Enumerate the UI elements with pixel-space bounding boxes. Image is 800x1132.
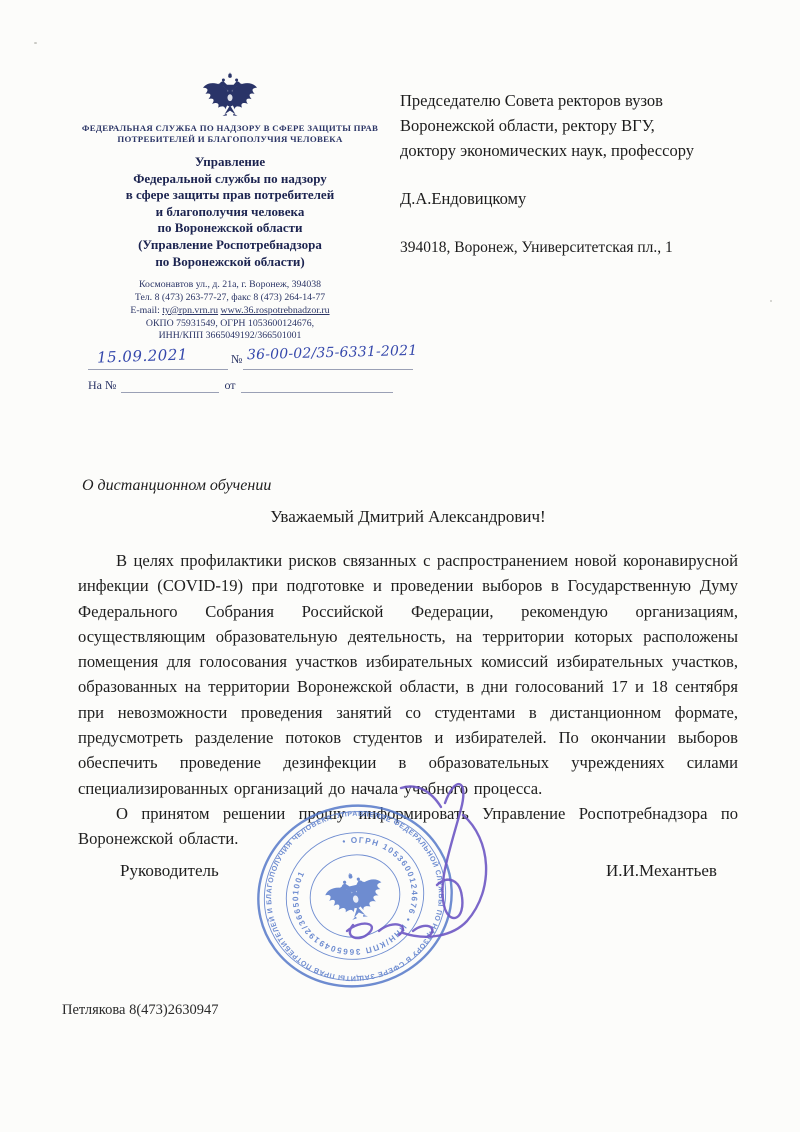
ref-number-handwritten: 36-00-02/35-6331-2021 [247,343,418,363]
okpo-ogrn-line: ОКПО 75931549, ОГРН 1053600124676, [58,318,402,331]
org-line: Управление [58,154,402,171]
org-line: по Воронежской области [58,220,402,237]
phone-fax: Тел. 8 (473) 263-77-27, факс 8 (473) 264… [58,292,402,305]
org-line: Федеральной службы по надзору [58,171,402,188]
footer-contact: Петлякова 8(473)2630947 [62,1002,218,1019]
recipient-line: Воронежской области, ректору ВГУ, [400,113,745,138]
reply-date-blank [241,379,393,393]
number-underline [243,369,413,370]
ref-date-handwritten: 15.09.2021 [97,345,188,366]
org-line: (Управление Роспотребнадзора [58,237,402,254]
inn-kpp-line: ИНН/КПП 3665049192/366501001 [58,330,402,343]
reply-number-blank [121,379,219,393]
scan-speck [34,42,37,44]
subject-line: О дистанционном обучении [82,477,271,495]
signature-name: И.И.Механтьев [606,861,717,881]
body-paragraph-1: В целях профилактики рисков связанных с … [78,548,738,801]
signature-title: Руководитель [120,861,219,881]
recipient-name: Д.А.Ендовицкому [400,186,745,211]
org-line: и благополучия человека [58,204,402,221]
recipient-line: доктору экономических наук, профессору [400,138,745,163]
org-line: в сфере защиты прав потребителей [58,187,402,204]
org-name: Управление Федеральной службы по надзору… [58,154,402,270]
reply-reference-row: На №от [88,378,398,393]
letterhead: ФЕДЕРАЛЬНАЯ СЛУЖБА ПО НАДЗОРУ В СФЕРЕ ЗА… [58,72,402,343]
org-line: по Воронежской области) [58,254,402,271]
scan-speck [770,300,772,302]
coat-of-arms-icon [200,72,260,118]
date-underline [88,369,228,370]
recipient-block: Председателю Совета ректоров вузов Ворон… [400,88,745,260]
reply-label: На № [88,378,116,392]
agency-name: ФЕДЕРАЛЬНАЯ СЛУЖБА ПО НАДЗОРУ В СФЕРЕ ЗА… [58,123,402,144]
website-link: www.36.rospotrebnadzor.ru [221,305,330,316]
salutation: Уважаемый Дмитрий Александрович! [78,507,738,527]
org-address-block: Космонавтов ул., д. 21а, г. Воронеж, 394… [58,279,402,343]
recipient-line: Председателю Совета ректоров вузов [400,88,745,113]
reply-from-label: от [224,378,235,392]
email-label: E-mail: [130,305,159,316]
ref-number-label: № [231,352,242,367]
street-address: Космонавтов ул., д. 21а, г. Воронеж, 394… [58,279,402,292]
email-link: ty@rpn.vrn.ru [162,305,218,316]
scanned-letter-page: ФЕДЕРАЛЬНАЯ СЛУЖБА ПО НАДЗОРУ В СФЕРЕ ЗА… [0,0,800,1132]
recipient-address: 394018, Воронеж, Университетская пл., 1 [400,235,745,260]
handwritten-signature [295,773,545,973]
email-website-line: E-mail: ty@rpn.vrn.ru www.36.rospotrebna… [58,305,402,318]
